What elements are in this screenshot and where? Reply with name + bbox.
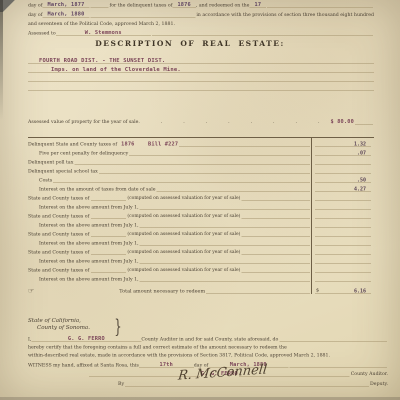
scan-corner-artifact (0, 0, 26, 12)
row-label: Interest on the above amount from July 1… (28, 223, 139, 229)
leader-line (125, 386, 369, 387)
table-row: State and County taxes of (computed on a… (28, 210, 374, 219)
scan-edge-artifact (0, 0, 3, 120)
row-suffix: (computed on assessed valuation for year… (127, 196, 240, 202)
table-row: Interest on the above amount from July 1… (28, 255, 374, 264)
total-amount-cell: $6.16 (311, 282, 374, 294)
leader-line (53, 183, 310, 184)
amount-cell (311, 201, 374, 210)
amount-cell: 1.32 (311, 138, 374, 147)
scanned-document-paper: day of March, 1877 for the delinquent ta… (0, 0, 400, 400)
table-row: State and County taxes of (computed on a… (28, 246, 374, 255)
leader-line (90, 17, 195, 18)
row-label: State and County taxes of (28, 268, 89, 274)
amount-cell (311, 210, 374, 219)
brace-glyph: } (114, 315, 121, 337)
leader-line (206, 294, 310, 295)
amount-cell: 4.27 (311, 183, 374, 192)
leader-line (241, 201, 310, 202)
blank-fill-line (91, 219, 126, 220)
row-suffix: (computed on assessed valuation for year… (127, 214, 240, 220)
redemption-estimate-table: Delinquent State and County taxes of 187… (28, 137, 374, 294)
leader-line (241, 273, 310, 274)
assessed-to-name-field: W. Stemmons (56, 30, 151, 36)
label-day-of: day of (28, 3, 42, 9)
certification-text: hereby certify that the foregoing contai… (28, 345, 287, 351)
row-label: Interest on the above amount from July 1… (28, 241, 139, 247)
row-label: Five per cent penalty for delinquency (28, 151, 128, 157)
date-sold-field: March, 1877 (42, 2, 89, 8)
blank-fill-line (91, 255, 126, 256)
table-row: State and County taxes of (computed on a… (28, 264, 374, 273)
table-row: Five per cent penalty for delinquency .0… (28, 147, 374, 156)
row-typed-entry: 1876 Bill #227 (121, 142, 178, 148)
row-label: Delinquent special school tax (28, 169, 98, 175)
certification-line: within-described real estate, made in ac… (28, 353, 388, 359)
auditor-title: County Auditor. (351, 371, 388, 377)
table-row: Delinquent State and County taxes of 187… (28, 138, 374, 147)
row-label: Interest on the above amount from July 1… (28, 205, 139, 211)
table-row: Interest on the above amount from July 1… (28, 201, 374, 210)
table-row: Delinquent special school tax (28, 165, 374, 174)
leader-line (355, 124, 373, 125)
improvements-entry: Imps. on land of the Cloverdale Mine. (51, 66, 181, 73)
leader-line (152, 36, 373, 37)
leader-line (140, 282, 310, 283)
leader-line (99, 174, 310, 175)
leader-line (140, 246, 310, 247)
certification-text: County Auditor in and for said County, s… (141, 337, 278, 343)
amount-cell (311, 165, 374, 174)
assessed-value-line: Assessed value of property for the year … (28, 119, 374, 125)
leader-line (140, 264, 310, 265)
assessed-value-amount: $ 80.00 (330, 119, 354, 125)
row-label: Interest on the amount of taxes from dat… (28, 187, 156, 193)
leader-line (157, 192, 310, 193)
blank-fill-line (91, 201, 126, 202)
amount-cell (311, 273, 374, 282)
row-label: Interest on the above amount from July 1… (28, 277, 139, 283)
row-label: State and County taxes of (28, 232, 89, 238)
handwritten-signature: R. McConnell (178, 367, 268, 379)
deputy-signature-line: By Deputy. R. McConnell (28, 381, 388, 387)
table-row: Delinquent poll tax (28, 156, 374, 165)
leader-line (241, 255, 310, 256)
amount-cell (311, 264, 374, 273)
table-row: Costs .50 (28, 174, 374, 183)
total-label: Total amount necessary to redeem (119, 289, 205, 295)
leader-line (241, 219, 310, 220)
description-line: Imps. on land of the Cloverdale Mine. (28, 64, 374, 73)
top-form-section: day of March, 1877 for the delinquent ta… (28, 2, 374, 40)
form-line-redeemed: day of March, 1880 in accordance with th… (28, 12, 374, 18)
leader-line (90, 8, 108, 9)
leader-line (267, 8, 373, 9)
certification-text: within-described real estate, made in ac… (28, 353, 330, 359)
certification-paragraph: I, G. G. FERRO County Auditor in and for… (28, 336, 388, 358)
leader-line (279, 342, 387, 343)
leader-line (179, 147, 310, 148)
amount-cell (311, 237, 374, 246)
redeemed-day-field: 17 (249, 2, 266, 8)
table-row: Interest on the above amount from July 1… (28, 219, 374, 228)
amount-cell: .50 (311, 174, 374, 183)
form-line-sold: day of March, 1877 for the delinquent ta… (28, 2, 374, 8)
blank-ruled-line (28, 82, 374, 91)
dot-leader: . . . . . . . . . . . . (138, 119, 330, 125)
document-content: day of March, 1877 for the delinquent ta… (0, 0, 400, 400)
amount-cell (311, 255, 374, 264)
label-redeemed: , and redeemed on the (196, 3, 250, 9)
table-row: Interest on the above amount from July 1… (28, 237, 374, 246)
certification-section: State of California, County of Sonoma. }… (28, 317, 388, 387)
assessed-value-label: Assessed value of property for the year … (28, 119, 138, 125)
leader-line (74, 165, 310, 166)
assessed-to-line: Assessed to W. Stemmons (28, 30, 374, 36)
amount-cell (311, 156, 374, 165)
table-row: State and County taxes of (computed on a… (28, 192, 374, 201)
amount-cell (311, 246, 374, 255)
label-day-of: day of (28, 12, 42, 18)
total-amount-value: 6.16 (354, 289, 366, 295)
description-line: FOURTH ROAD DIST. - THE SUNSET DIST. (28, 55, 374, 64)
deputy-title: Deputy. (370, 381, 388, 387)
form-line-code: and seventeen of the Political Code, app… (28, 21, 374, 27)
amount-cell (311, 192, 374, 201)
state-label: State of California, (28, 317, 388, 324)
certification-line: hereby certify that the foregoing contai… (28, 345, 388, 351)
row-suffix: (computed on assessed valuation for year… (127, 250, 240, 256)
total-row: ☞ Total amount necessary to redeem $6.16 (28, 282, 374, 294)
witness-label: WITNESS my hand, affixed at Santa Rosa, … (28, 363, 139, 369)
table-row: Interest on the above amount from July 1… (28, 273, 374, 282)
row-label: Delinquent State and County taxes of (28, 142, 117, 148)
manicule-icon: ☞ (28, 289, 34, 295)
amount-cell (311, 228, 374, 237)
district-entry: FOURTH ROAD DIST. - THE SUNSET DIST. (39, 57, 165, 64)
row-label: State and County taxes of (28, 196, 89, 202)
amount-cell: .07 (311, 147, 374, 156)
amount-cell (311, 219, 374, 228)
blank-fill-line (91, 273, 126, 274)
row-label: State and County taxes of (28, 214, 89, 220)
row-label: Costs (28, 178, 52, 184)
auditor-name-field: G. G. FERRO (31, 336, 141, 342)
leader-line (241, 237, 310, 238)
dollar-sign: $ (316, 288, 319, 294)
row-suffix: (computed on assessed valuation for year… (127, 268, 240, 274)
row-label: Delinquent poll tax (28, 160, 73, 166)
table-row: Interest on the amount of taxes from dat… (28, 183, 374, 192)
label-accordance: in accordance with the provisions of sec… (196, 12, 374, 18)
by-label: By (118, 381, 124, 387)
county-label: County of Sonoma. (28, 324, 388, 331)
leader-line (140, 210, 310, 211)
blank-ruled-line (28, 73, 374, 82)
section-heading: DESCRIPTION OF REAL ESTATE: (0, 39, 380, 48)
date-redeemed-field: March, 1880 (42, 12, 89, 18)
real-estate-description: FOURTH ROAD DIST. - THE SUNSET DIST. Imp… (28, 55, 374, 91)
delinquent-year-field: 1876 (172, 2, 195, 8)
row-label: Interest on the above amount from July 1… (28, 259, 139, 265)
label-assessed-to: Assessed to (28, 31, 56, 37)
certification-line: I, G. G. FERRO County Auditor in and for… (28, 336, 388, 342)
label-delinquent-taxes: for the delinquent taxes of (109, 3, 172, 9)
table-row: State and County taxes of (computed on a… (28, 228, 374, 237)
leader-line (140, 228, 310, 229)
row-suffix: (computed on assessed valuation for year… (127, 232, 240, 238)
leader-line (129, 156, 310, 157)
leader-line (289, 368, 387, 369)
label-political-code: and seventeen of the Political Code, app… (28, 21, 175, 27)
row-label: State and County taxes of (28, 250, 89, 256)
blank-fill-line (91, 237, 126, 238)
